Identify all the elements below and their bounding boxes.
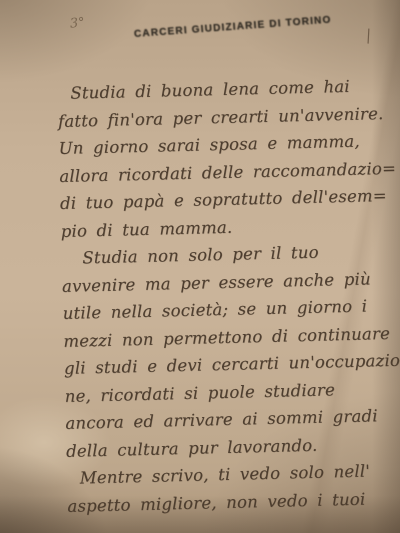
ink-tick-mark: | [366,26,372,44]
letter-body: Studia di buona lena come hai fatto fin'… [57,72,398,520]
page-number: 3° [69,15,85,31]
letter-photo: 3° CARCERI GIUDIZIARIE DI TORINO | Studi… [0,0,400,533]
prison-stamp: CARCERI GIUDIZIARIE DI TORINO [134,13,346,39]
